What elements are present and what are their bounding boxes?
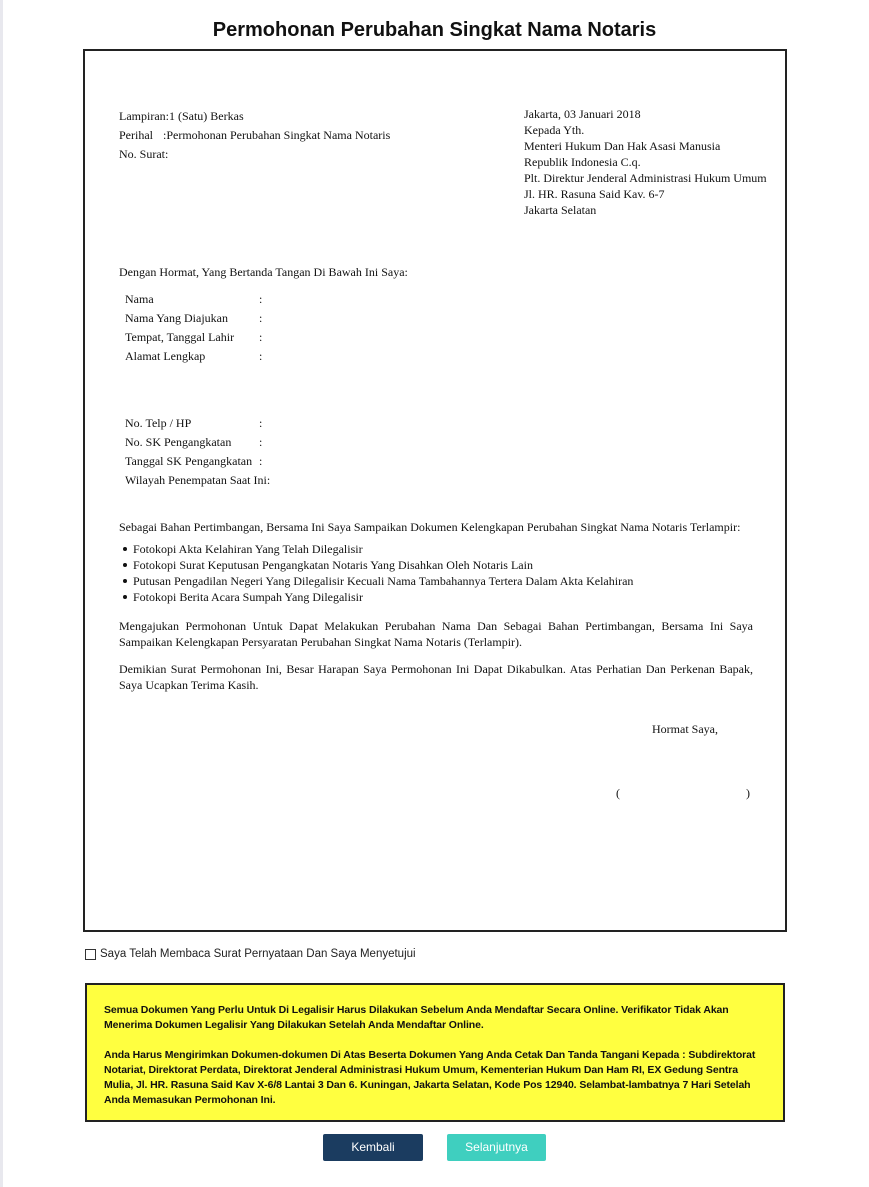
field-label: Alamat Lengkap [125,347,259,366]
field-row-wilayah: Wilayah Penempatan Saat Ini: [125,471,270,490]
recipient-line: Republik Indonesia C.q. [524,154,767,170]
attachment-item: Putusan Pengadilan Negeri Yang Dilegalis… [119,573,633,589]
field-row-telp: No. Telp / HP: [125,414,262,433]
field-row-alamat: Alamat Lengkap: [125,347,262,366]
notice-paragraph-legalization: Semua Dokumen Yang Perlu Untuk Di Legali… [104,1003,765,1033]
field-label: No. Telp / HP [125,414,259,433]
field-row-nama-diajukan: Nama Yang Diajukan: [125,309,262,328]
left-edge-rule [0,0,3,1187]
perihal-line: Perihal:Permohonan Perubahan Singkat Nam… [119,127,390,143]
agreement-checkbox[interactable] [85,949,96,960]
field-colon: : [259,414,262,433]
recipient-line: Kepada Yth. [524,122,767,138]
lampiran-line: Lampiran:1 (Satu) Berkas [119,108,244,124]
field-label: Wilayah Penempatan Saat Ini [125,473,267,487]
back-button[interactable]: Kembali [323,1134,423,1161]
attachments-list: Fotokopi Akta Kelahiran Yang Telah Dileg… [119,541,633,605]
recipient-line: Plt. Direktur Jenderal Administrasi Huku… [524,170,767,186]
letter-document: Lampiran:1 (Satu) Berkas Perihal:Permoho… [83,49,787,932]
greeting: Dengan Hormat, Yang Bertanda Tangan Di B… [119,264,408,280]
next-button[interactable]: Selanjutnya [447,1134,546,1161]
field-colon: : [259,347,262,366]
page-title: Permohonan Perubahan Singkat Nama Notari… [0,19,869,42]
field-label: Nama [125,290,259,309]
field-label: Nama Yang Diajukan [125,309,259,328]
field-label: Tempat, Tanggal Lahir [125,328,259,347]
attachment-item: Fotokopi Surat Keputusan Pengangkatan No… [119,557,633,573]
closing-salutation: Hormat Saya, [652,721,718,737]
field-row-tanggal-sk: Tanggal SK Pengangkatan: [125,452,262,471]
signature-open-paren: ( [616,785,620,801]
attachment-item: Fotokopi Berita Acara Sumpah Yang Dilega… [119,589,633,605]
closing-paragraph: Demikian Surat Permohonan Ini, Besar Har… [119,661,753,693]
field-row-tempat-tanggal-lahir: Tempat, Tanggal Lahir: [125,328,262,347]
notice-paragraph-mailing: Anda Harus Mengirimkan Dokumen-dokumen D… [104,1048,765,1108]
field-colon: : [259,290,262,309]
letter-date: Jakarta, 03 Januari 2018 [524,106,767,122]
signature-close-paren: ) [746,785,750,801]
field-colon: : [259,433,262,452]
request-paragraph: Mengajukan Permohonan Untuk Dapat Melaku… [119,618,753,650]
field-colon: : [259,309,262,328]
agreement-label[interactable]: Saya Telah Membaca Surat Pernyataan Dan … [100,948,416,960]
recipient-line: Jakarta Selatan [524,202,767,218]
perihal-value: :Permohonan Perubahan Singkat Nama Notar… [163,128,390,142]
recipient-address-block: Jakarta, 03 Januari 2018 Kepada Yth. Men… [524,106,767,218]
notice-box: Semua Dokumen Yang Perlu Untuk Di Legali… [85,983,785,1122]
field-label: Tanggal SK Pengangkatan [125,452,259,471]
field-colon: : [267,471,270,490]
agreement-checkbox-row[interactable]: Saya Telah Membaca Surat Pernyataan Dan … [85,948,416,960]
attachments-intro: Sebagai Bahan Pertimbangan, Bersama Ini … [119,519,740,535]
field-colon: : [259,328,262,347]
recipient-line: Jl. HR. Rasuna Said Kav. 6-7 [524,186,767,202]
field-colon: : [259,452,262,471]
no-surat-line: No. Surat: [119,146,168,162]
field-row-nama: Nama: [125,290,262,309]
perihal-label: Perihal [119,128,153,142]
field-label: No. SK Pengangkatan [125,433,259,452]
attachment-item: Fotokopi Akta Kelahiran Yang Telah Dileg… [119,541,633,557]
field-row-no-sk: No. SK Pengangkatan: [125,433,262,452]
recipient-line: Menteri Hukum Dan Hak Asasi Manusia [524,138,767,154]
